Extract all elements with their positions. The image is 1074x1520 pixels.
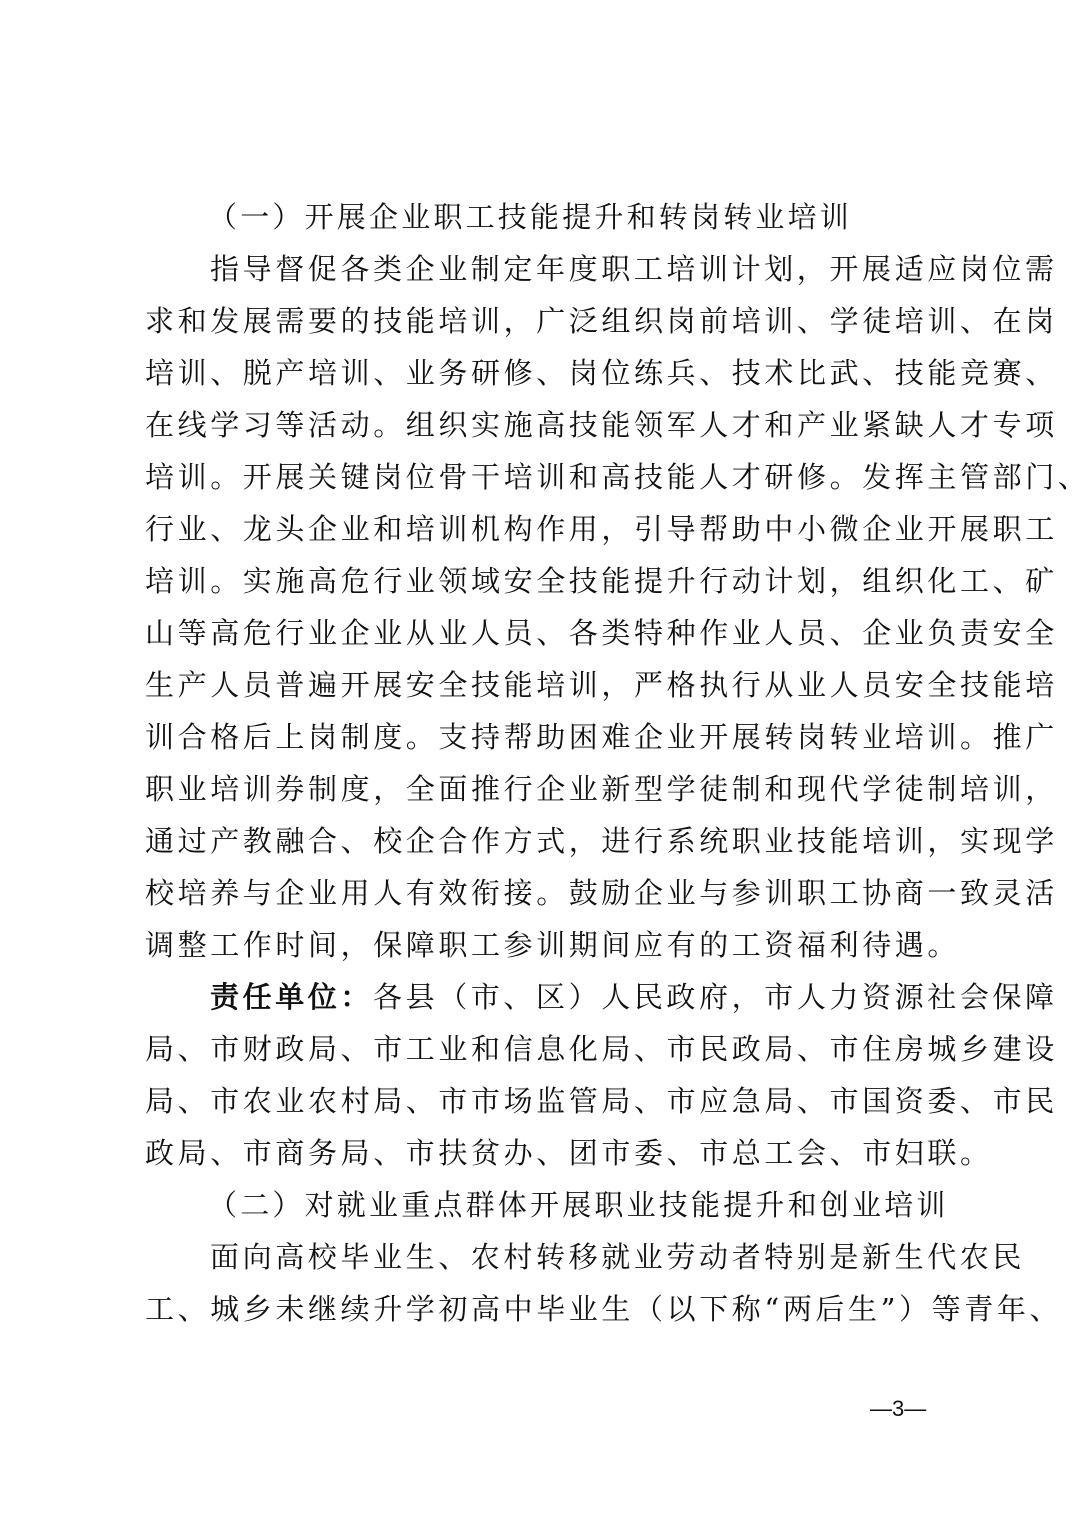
responsibility-label: 责任单位： <box>210 980 373 1014</box>
paragraph-line: 通过产教融合、校企合作方式，进行系统职业技能培训，实现学 <box>145 815 945 867</box>
paragraph-line: 工、城乡未继续升学初高中毕业生（以下称“两后生”）等青年、 <box>145 1283 945 1335</box>
paragraph-line: 在线学习等活动。组织实施高技能领军人才和产业紧缺人才专项 <box>145 399 945 451</box>
document-page: （一）开展企业职工技能提升和转岗转业培训 指导督促各类企业制定年度职工培训计划，… <box>0 0 1074 1520</box>
paragraph-line: 求和发展需要的技能培训，广泛组织岗前培训、学徒培训、在岗 <box>145 295 945 347</box>
paragraph-line: 培训。实施高危行业领域安全技能提升行动计划，组织化工、矿 <box>145 555 945 607</box>
paragraph-line: 校培养与企业用人有效衔接。鼓励企业与参训职工协商一致灵活 <box>145 867 945 919</box>
section-2-heading: （二）对就业重点群体开展职业技能提升和创业培训 <box>208 1179 928 1231</box>
responsibility-line: 局、市农业农村局、市市场监管局、市应急局、市国资委、市民 <box>145 1075 945 1127</box>
paragraph-line: 指导督促各类企业制定年度职工培训计划，开展适应岗位需 <box>210 243 945 295</box>
paragraph-line: 调整工作时间，保障职工参训期间应有的工资福利待遇。 <box>145 919 945 971</box>
responsibility-line: 政局、市商务局、市扶贫办、团市委、市总工会、市妇联。 <box>145 1127 945 1179</box>
section-1-heading: （一）开展企业职工技能提升和转岗转业培训 <box>208 191 888 243</box>
paragraph-line: 生产人员普遍开展安全技能培训，严格执行从业人员安全技能培 <box>145 659 945 711</box>
responsibility-units: 各县（市、区）人民政府，市人力资源社会保障 <box>373 980 1058 1014</box>
paragraph-line: 面向高校毕业生、农村转移就业劳动者特别是新生代农民 <box>210 1231 945 1283</box>
paragraph-line: 培训、脱产培训、业务研修、岗位练兵、技术比武、技能竞赛、 <box>145 347 945 399</box>
paragraph-line: 行业、龙头企业和培训机构作用，引导帮助中小微企业开展职工 <box>145 503 945 555</box>
responsibility-line: 局、市财政局、市工业和信息化局、市民政局、市住房城乡建设 <box>145 1023 945 1075</box>
page-number: —3— <box>870 1396 926 1422</box>
responsibility-line: 责任单位：各县（市、区）人民政府，市人力资源社会保障 <box>210 971 945 1023</box>
paragraph-line: 山等高危行业企业从业人员、各类特种作业人员、企业负责安全 <box>145 607 945 659</box>
paragraph-line: 训合格后上岗制度。支持帮助困难企业开展转岗转业培训。推广 <box>145 711 945 763</box>
paragraph-line: 培训。开展关键岗位骨干培训和高技能人才研修。发挥主管部门、 <box>145 451 945 503</box>
paragraph-line: 职业培训券制度，全面推行企业新型学徒制和现代学徒制培训， <box>145 763 945 815</box>
